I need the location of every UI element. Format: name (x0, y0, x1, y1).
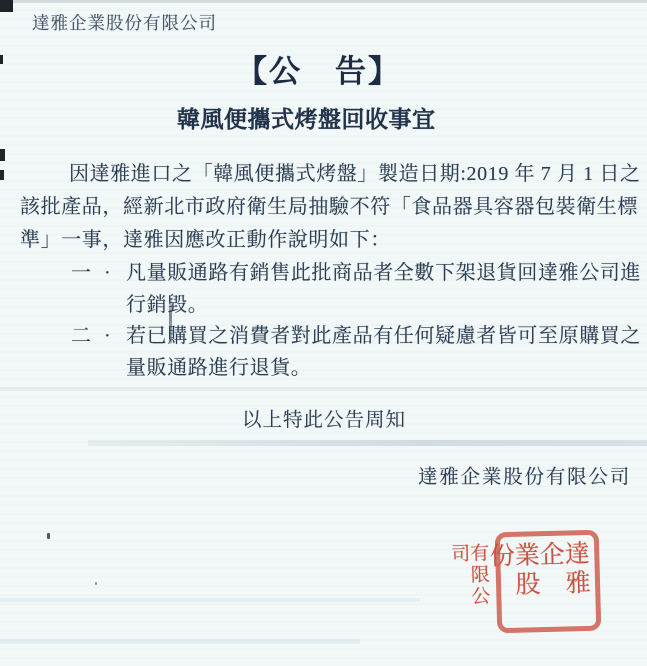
list-item-marker: 二· (71, 319, 124, 348)
body-paragraph-line: 該批產品，經新北市政府衛生局抽驗不符「食品器具容器包裝衛生標 (20, 190, 638, 219)
scan-artifact (0, 55, 3, 64)
company-signature: 達雅企業股份有限公司 (418, 461, 631, 489)
closing-statement: 以上特此公告周知 (242, 404, 406, 432)
scan-artifact (0, 170, 4, 180)
scan-artifact (47, 533, 50, 539)
seal-column: 有限公司 (449, 543, 489, 625)
list-item-marker: 一· (71, 256, 124, 285)
seal-column: 達雅企 (537, 540, 589, 622)
scan-artifact (0, 149, 5, 161)
notice-title: 【公 告】 (236, 46, 401, 91)
scan-artifact (0, 0, 13, 12)
scan-artifact (0, 0, 647, 3)
scanned-notice-page: 達雅企業股份有限公司 【公 告】 韓風便攜式烤盤回收事宜 因達雅進口之「韓風便攜… (0, 0, 647, 666)
list-item-line: 行銷毀。 (126, 288, 208, 317)
notice-subtitle: 韓風便攜式烤盤回收事宜 (177, 101, 436, 134)
seal-column: 業股份 (487, 541, 539, 623)
scan-artifact (0, 598, 420, 602)
scan-artifact (0, 639, 360, 644)
company-seal-stamp: 達雅企 業股份 有限公司 (495, 530, 602, 634)
scan-artifact (95, 582, 97, 585)
scan-artifact (88, 440, 647, 446)
company-letterhead: 達雅企業股份有限公司 (32, 10, 217, 35)
list-item-line: 凡量販通路有銷售此批商品者全數下架退貨回達雅公司進 (126, 256, 641, 285)
list-item-line: 若已購買之消費者對此產品有任何疑慮者皆可至原購買之 (126, 319, 641, 348)
body-paragraph-line: 準」一事，達雅因應改正動作說明如下： (20, 223, 391, 252)
list-item-line: 量販通路進行退貨。 (126, 351, 311, 380)
scan-artifact (0, 387, 647, 391)
body-paragraph-line: 因達雅進口之「韓風便攜式烤盤」製造日期:2019 年 7 月 1 日之 (69, 157, 641, 186)
